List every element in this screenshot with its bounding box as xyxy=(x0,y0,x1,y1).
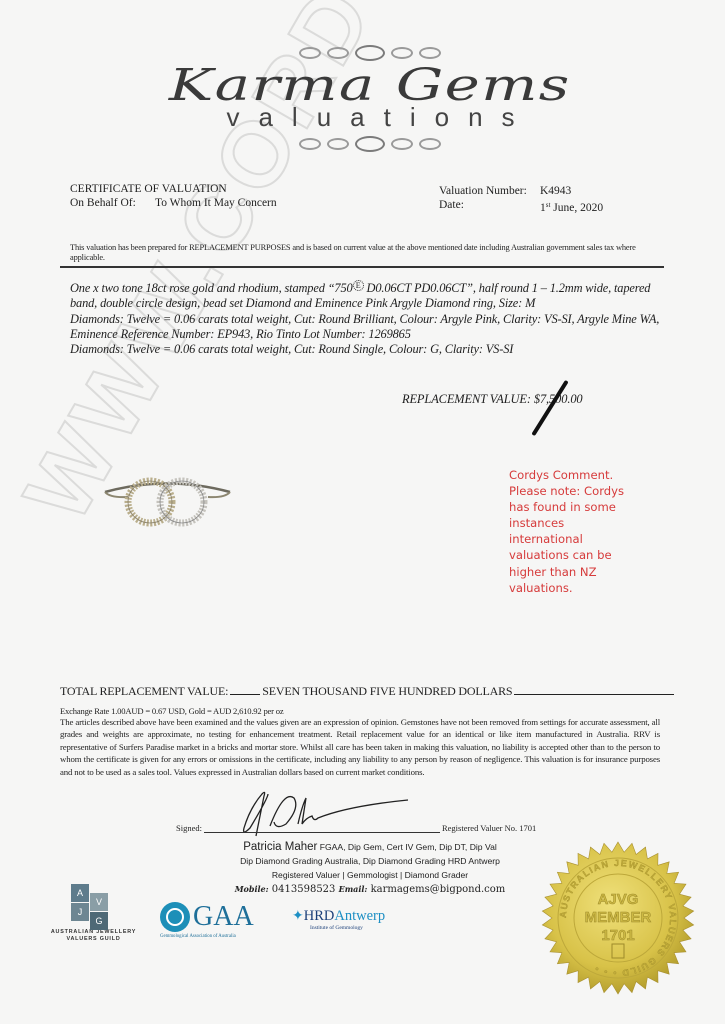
comment-title: Cordys Comment. xyxy=(509,467,639,483)
valuer-name: Patricia Maher xyxy=(243,841,317,853)
certificate-header: CERTIFICATE OF VALUATION On Behalf Of: T… xyxy=(70,182,277,210)
date-label: Date: xyxy=(439,198,540,215)
hrd-caption: Institute of Gemmology xyxy=(310,925,385,931)
diamonds-line-2: Diamonds: Twelve = 0.06 carats total wei… xyxy=(70,342,670,357)
pen-strike-mark xyxy=(531,380,568,436)
on-behalf-value: To Whom It May Concern xyxy=(155,196,277,210)
total-replacement-value: TOTAL REPLACEMENT VALUE: SEVEN THOUSAND … xyxy=(60,684,674,699)
total-value-words: SEVEN THOUSAND FIVE HUNDRED DOLLARS xyxy=(262,684,512,699)
purpose-statement: This valuation has been prepared for REP… xyxy=(70,243,660,263)
valuation-number: K4943 xyxy=(540,184,571,198)
hallmark-stamp-icon: E xyxy=(353,280,364,291)
disclaimer: The articles described above have been e… xyxy=(60,716,660,778)
mobile-number: 0413598523 xyxy=(272,884,336,895)
svg-text:MEMBER: MEMBER xyxy=(585,909,652,926)
divider xyxy=(60,266,664,268)
total-label: TOTAL REPLACEMENT VALUE: xyxy=(60,684,228,699)
certificate-title: CERTIFICATE OF VALUATION xyxy=(70,182,277,196)
valuer-quals: FGAA, Dip Gem, Cert IV Gem, Dip DT, Dip … xyxy=(317,842,496,852)
signed-label: Signed: xyxy=(176,823,202,833)
valuation-number-label: Valuation Number: xyxy=(439,184,540,198)
cordys-comment: Cordys Comment. Please note: Cordys has … xyxy=(509,467,639,596)
valuer-contact: Mobile: 0413598523 Email: karmagems@bigp… xyxy=(210,882,530,897)
signature-line: Signed: Registered Valuer No. 1701 xyxy=(176,823,536,833)
ajvg-caption: AUSTRALIAN JEWELLERY VALUERS GUILD xyxy=(46,929,141,943)
gaa-caption: Gemmological Association of Australia xyxy=(160,934,260,939)
item-description-main: One x two tone 18ct rose gold and rhodiu… xyxy=(70,280,670,312)
star-icon: ✦ xyxy=(292,909,304,924)
valuation-info: Valuation Number: K4943 Date: 1st June, … xyxy=(439,184,603,215)
valuation-certificate: WWW.CORDYS.CO.NZ Karma Gems valuations C… xyxy=(0,0,725,1024)
svg-text:AJVG: AJVG xyxy=(598,891,639,908)
email-address: karmagems@bigpond.com xyxy=(371,884,506,895)
on-behalf-label: On Behalf Of: xyxy=(70,196,155,210)
ring-photo xyxy=(100,470,235,530)
valuer-quals-2: Dip Diamond Grading Australia, Dip Diamo… xyxy=(210,854,530,868)
diamonds-line-1: Diamonds: Twelve = 0.06 carats total wei… xyxy=(70,312,670,343)
ajvg-logo: A V J G AUSTRALIAN JEWELLERY VALUERS GUI… xyxy=(46,884,141,943)
item-description: One x two tone 18ct rose gold and rhodiu… xyxy=(70,280,670,357)
registered-valuer-number: Registered Valuer No. 1701 xyxy=(442,823,536,833)
date-value: 1st June, 2020 xyxy=(540,198,603,215)
diamond-badge-icon xyxy=(160,902,190,932)
karma-gems-logo: Karma Gems valuations xyxy=(195,42,545,147)
ajvg-member-gold-seal: AUSTRALIAN JEWELLERY VALUERS GUILD • • •… xyxy=(538,838,698,998)
comment-body: Please note: Cordys has found in some in… xyxy=(509,483,639,596)
gaa-logo: GAA Gemmological Association of Australi… xyxy=(160,902,260,939)
hrd-antwerp-logo: ✦HRDAntwerp Institute of Gemmology xyxy=(292,908,385,931)
valuer-details: Patricia Maher FGAA, Dip Gem, Cert IV Ge… xyxy=(210,840,530,897)
svg-text:1701: 1701 xyxy=(601,927,634,944)
exchange-rate: Exchange Rate 1.00AUD = 0.67 USD, Gold =… xyxy=(60,706,284,716)
valuer-roles: Registered Valuer | Gemmologist | Diamon… xyxy=(210,868,530,882)
logo-brand-script: Karma Gems xyxy=(169,64,571,108)
bottom-flourish-ornament xyxy=(195,133,545,155)
